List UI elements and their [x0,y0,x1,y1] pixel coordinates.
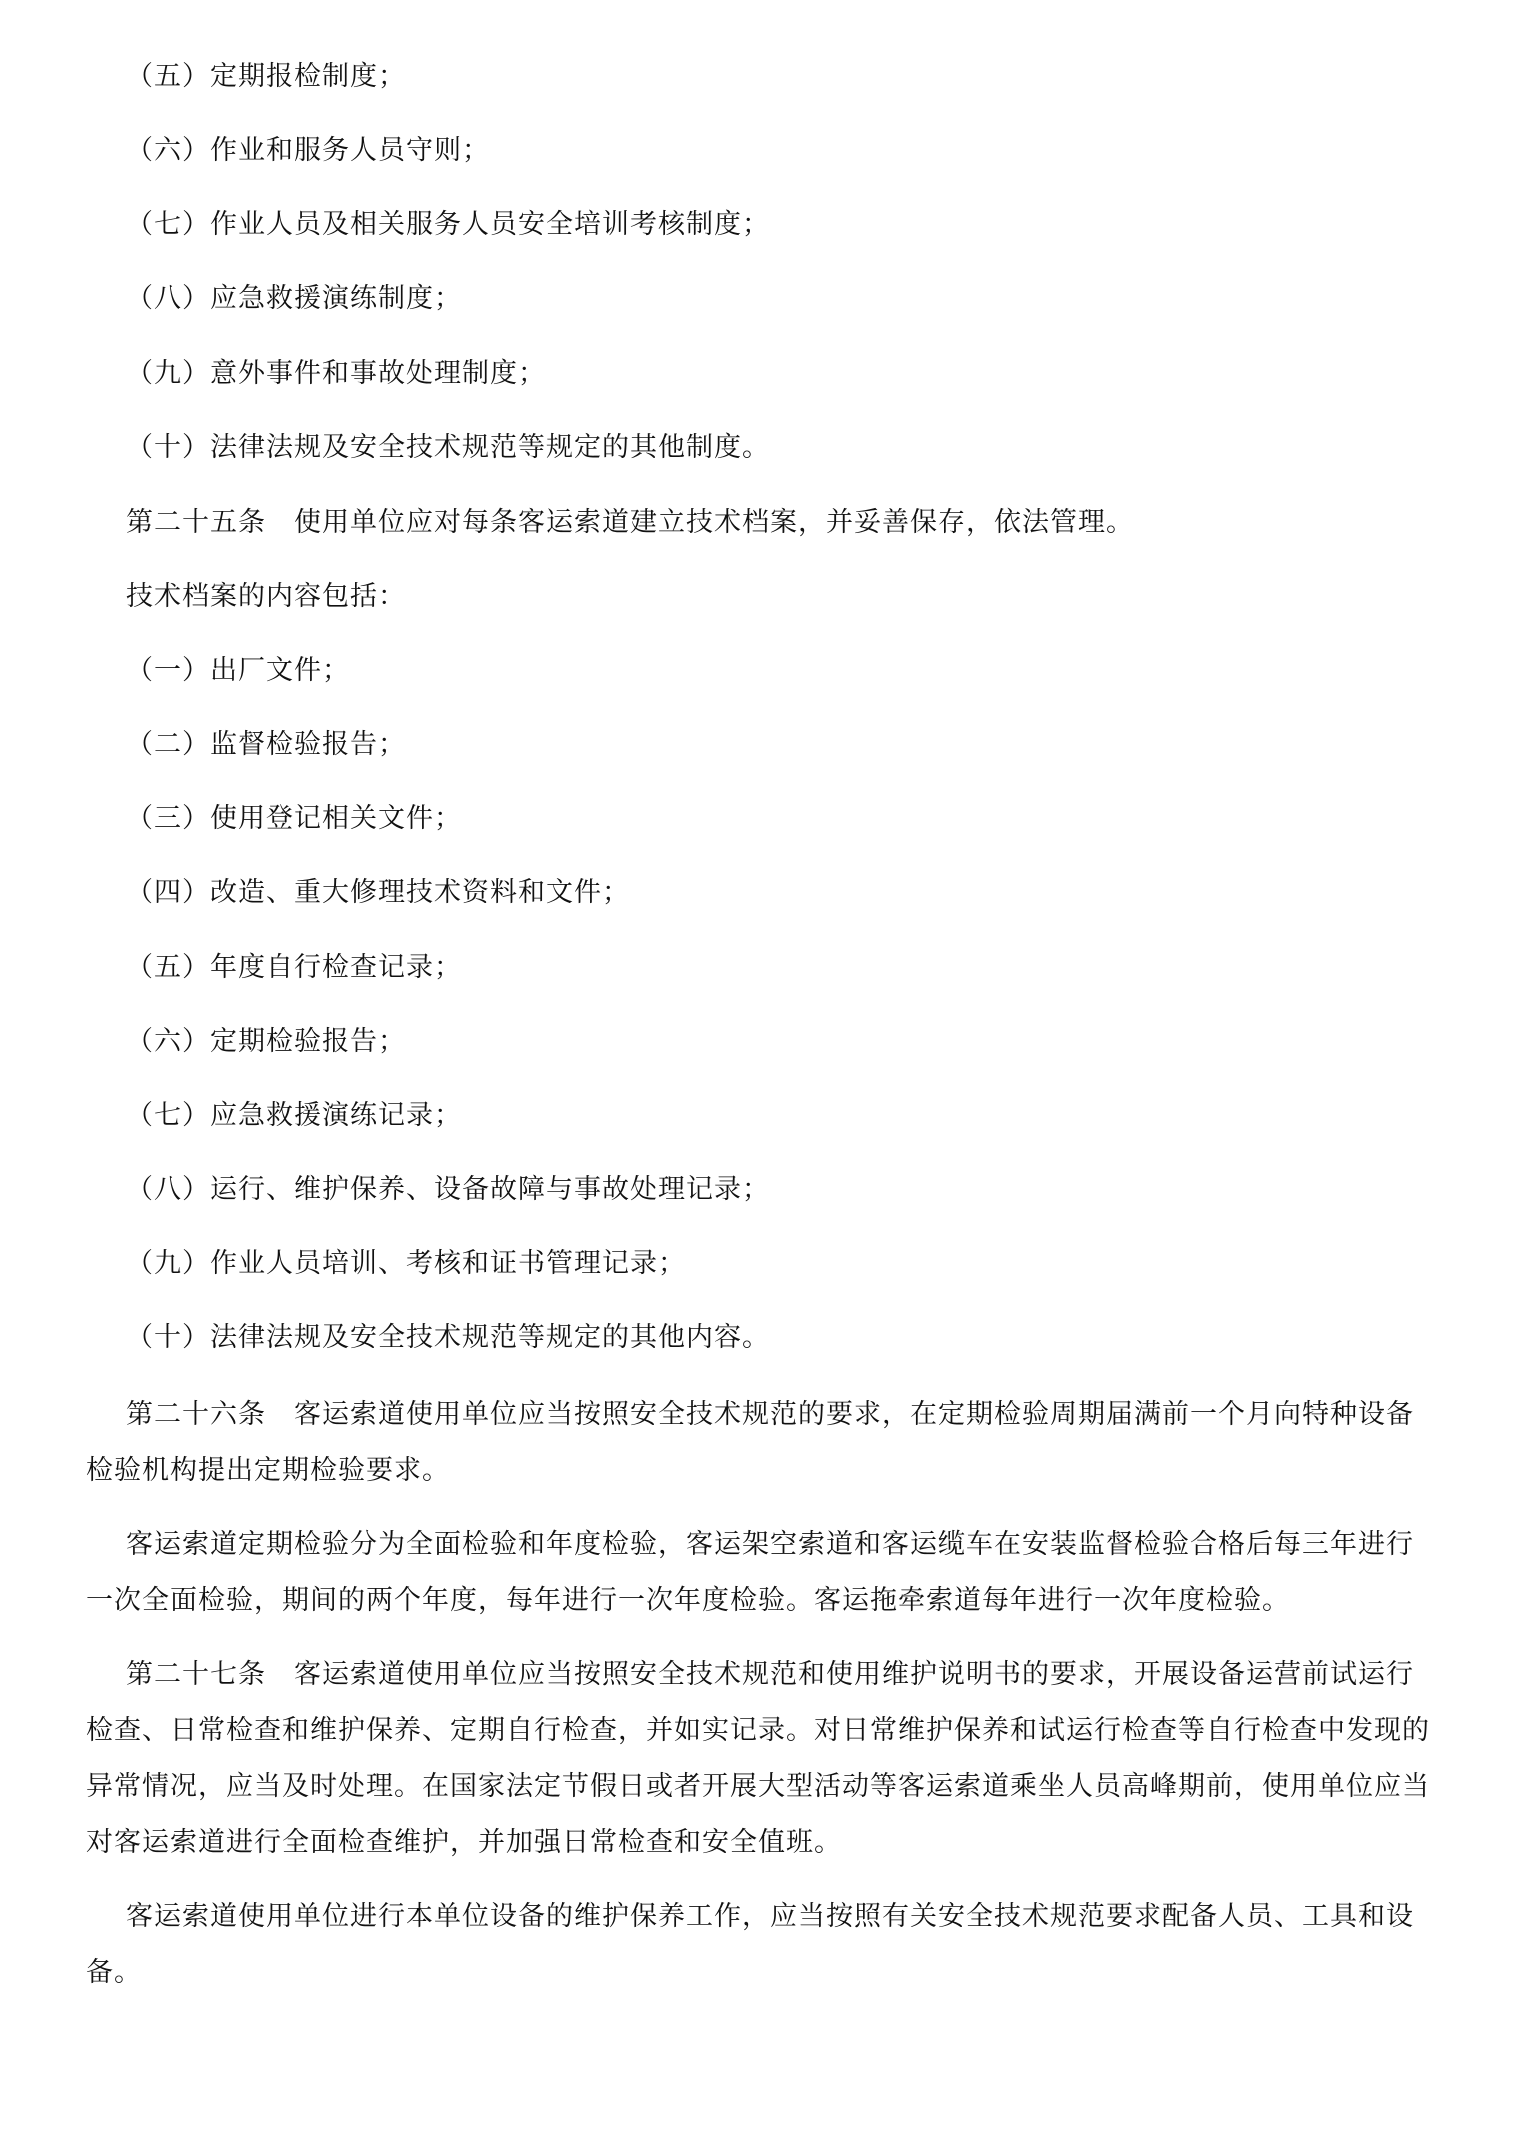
list-item: （九）作业人员培训、考核和证书管理记录； [126,1247,686,1281]
list-item: （五）定期报检制度； [126,60,406,94]
list-item: （九）意外事件和事故处理制度； [126,357,546,391]
list-item: （七）作业人员及相关服务人员安全培训考核制度； [126,208,770,242]
article-26-p2-line-2: 一次全面检验，期间的两个年度，每年进行一次年度检验。客运拖牵索道每年进行一次年度… [86,1584,1290,1618]
article-27-p2-line-2: 备。 [86,1956,142,1990]
article-27-line-3: 异常情况，应当及时处理。在国家法定节假日或者开展大型活动等客运索道乘坐人员高峰期… [86,1770,1430,1804]
list-item: （一）出厂文件； [126,654,350,688]
list-item: （五）年度自行检查记录； [126,951,462,985]
article-27-line-4: 对客运索道进行全面检查维护，并加强日常检查和安全值班。 [86,1826,842,1860]
list-item: （四）改造、重大修理技术资料和文件； [126,876,630,910]
list-item: （八）运行、维护保养、设备故障与事故处理记录； [126,1173,770,1207]
document-page: （五）定期报检制度； （六）作业和服务人员守则； （七）作业人员及相关服务人员安… [0,0,1520,2150]
article-25-heading: 第二十五条 使用单位应对每条客运索道建立技术档案，并妥善保存，依法管理。 [126,506,1134,540]
article-27-line-2: 检查、日常检查和维护保养、定期自行检查，并如实记录。对日常维护保养和试运行检查等… [86,1714,1430,1748]
list-item: （八）应急救援演练制度； [126,282,462,316]
list-item: （十）法律法规及安全技术规范等规定的其他制度。 [126,431,770,465]
article-27-line-1: 第二十七条 客运索道使用单位应当按照安全技术规范和使用维护说明书的要求，开展设备… [126,1658,1414,1692]
list-item: （六）作业和服务人员守则； [126,134,490,168]
list-item: （三）使用登记相关文件； [126,802,462,836]
article-27-p2-line-1: 客运索道使用单位进行本单位设备的维护保养工作，应当按照有关安全技术规范要求配备人… [126,1900,1414,1934]
list-item: （六）定期检验报告； [126,1025,406,1059]
article-26-line-1: 第二十六条 客运索道使用单位应当按照安全技术规范的要求，在定期检验周期届满前一个… [126,1398,1414,1432]
list-item: （二）监督检验报告； [126,728,406,762]
list-item: （十）法律法规及安全技术规范等规定的其他内容。 [126,1321,770,1355]
list-item: （七）应急救援演练记录； [126,1099,462,1133]
article-26-p2-line-1: 客运索道定期检验分为全面检验和年度检验，客运架空索道和客运缆车在安装监督检验合格… [126,1528,1414,1562]
article-26-line-2: 检验机构提出定期检验要求。 [86,1454,450,1488]
article-25-intro: 技术档案的内容包括： [126,580,406,614]
